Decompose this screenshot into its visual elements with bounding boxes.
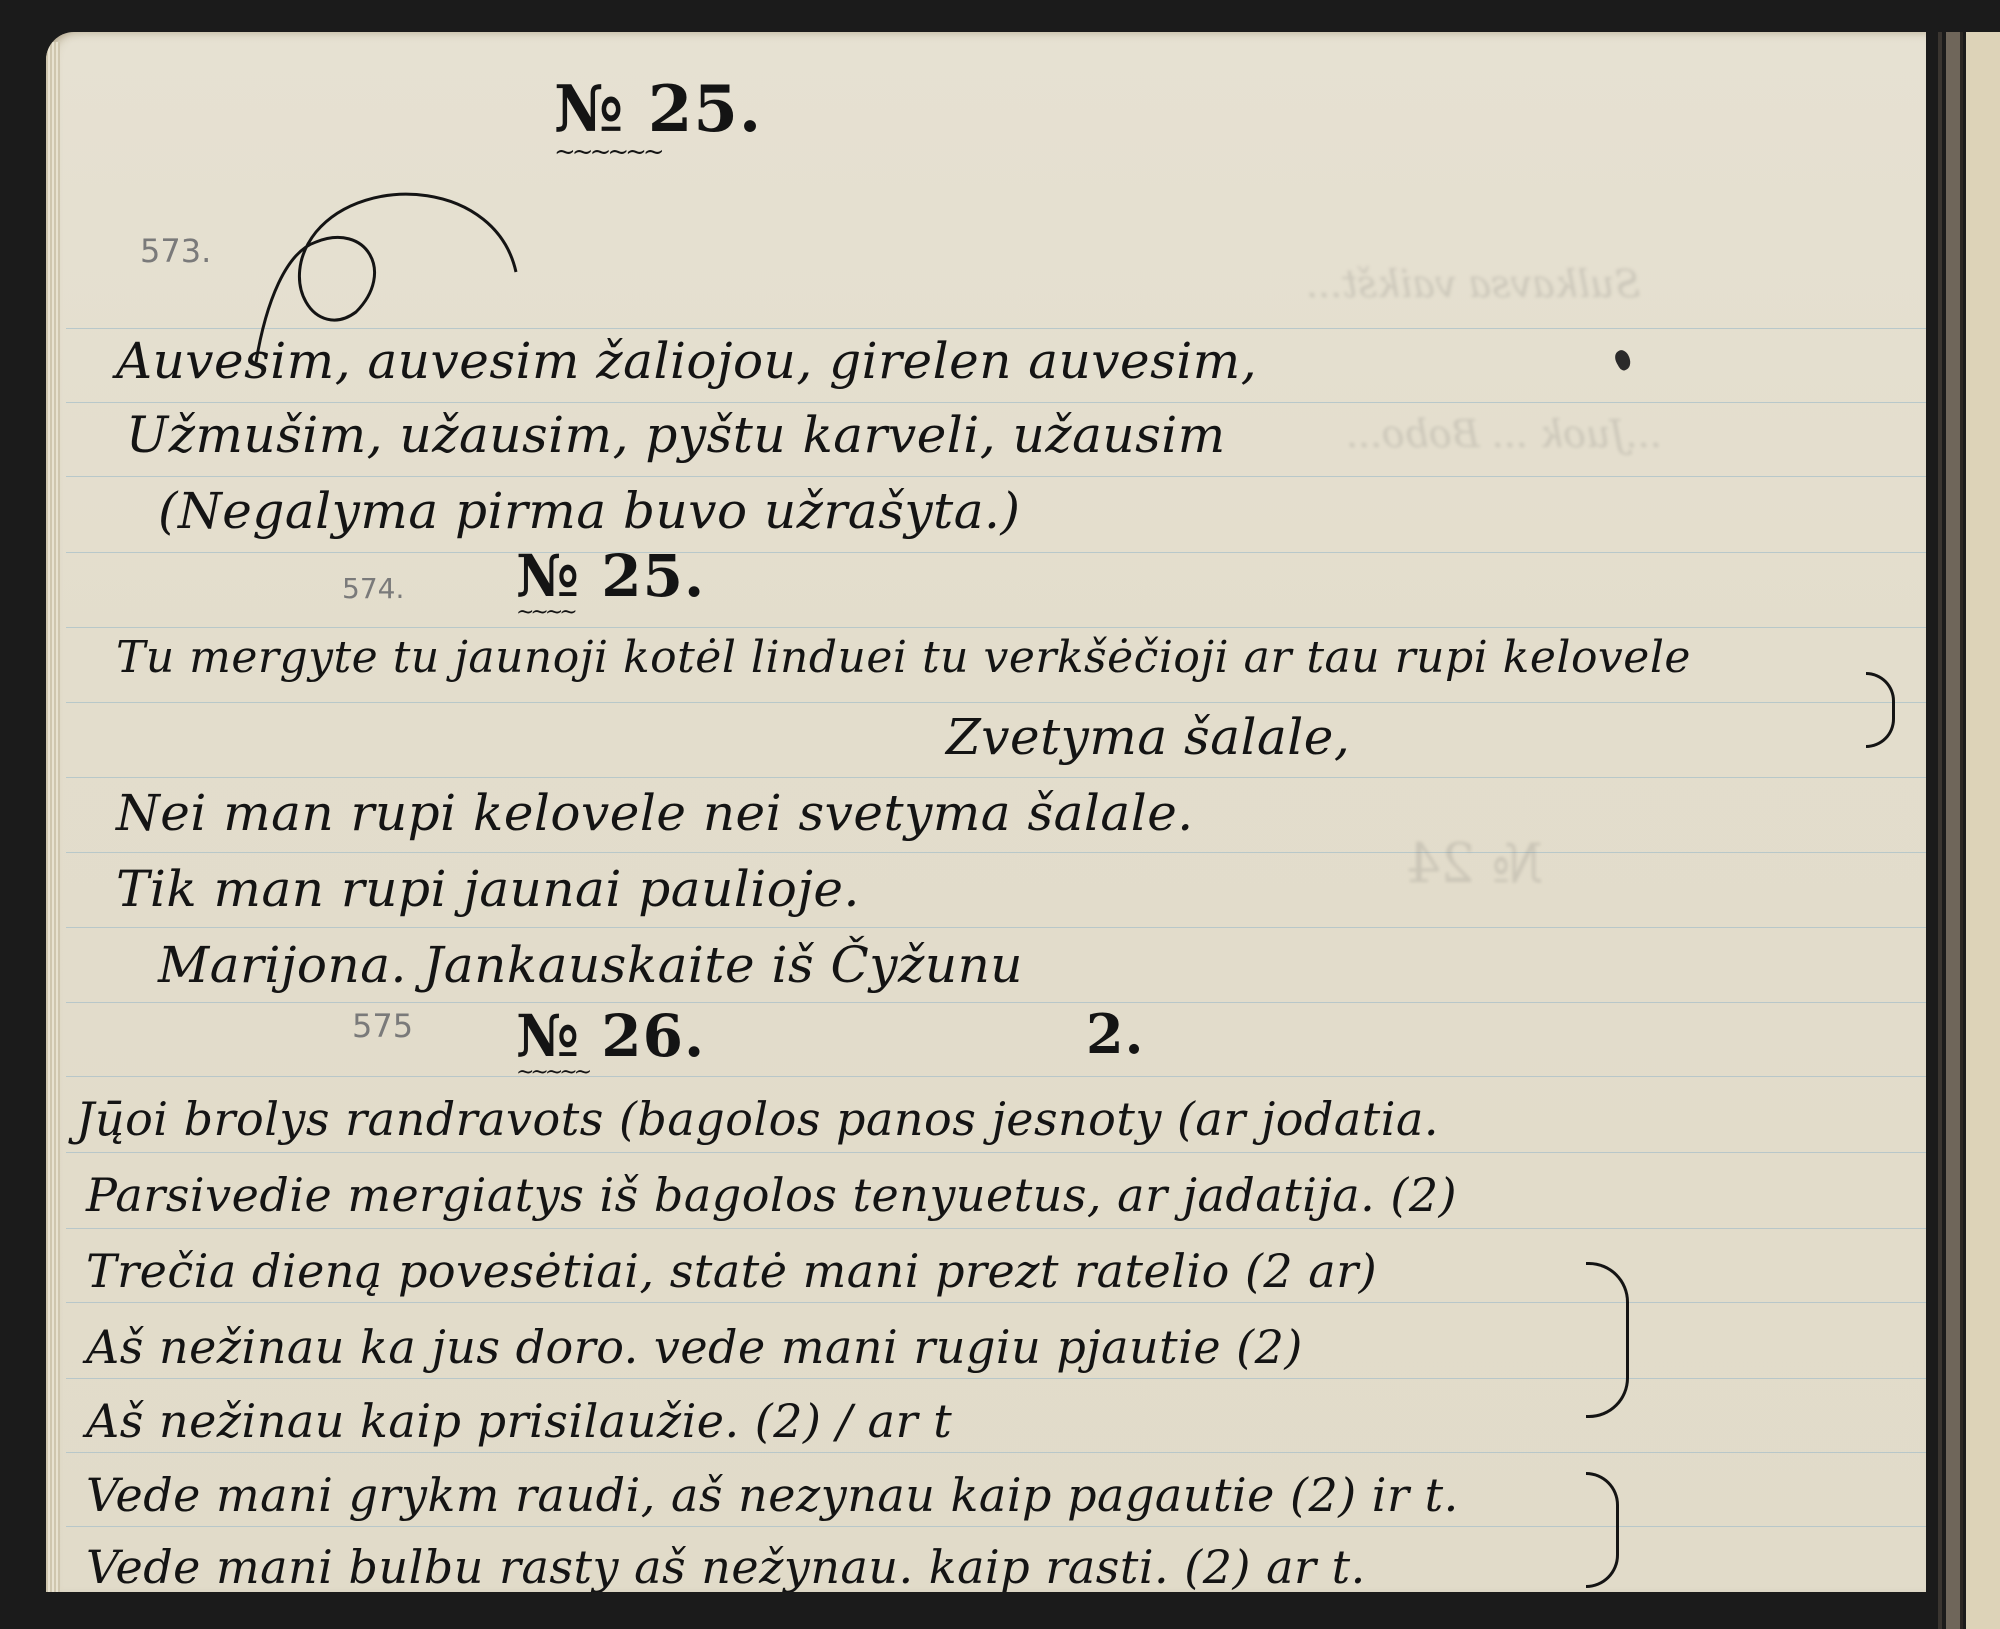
entry-number: 573. [140, 232, 211, 270]
song-line-note: (Negalyma pirma buvo užrašyta.) [158, 482, 1020, 540]
song-line: Nei man rupi kelovele nei svetyma šalale… [116, 784, 1194, 842]
song-line: Jų̄oi brolys randravots (bagolos panos j… [76, 1092, 1439, 1146]
entry-heading: № 25. ~~~~ [516, 542, 705, 625]
top-heading-label: № 25. [554, 72, 762, 147]
bleed-through-text: Sulkavsa vaikšt... [1306, 262, 1640, 306]
song-line: Tu mergyte tu jaunoji kotėl linduei tu v… [116, 632, 1691, 683]
brace-mark [1586, 1472, 1619, 1588]
song-line: Vede mani grykm raudi, aš nezynau kaip p… [86, 1468, 1459, 1522]
song-line: Vede mani bulbu rasty aš nežynau. kaip r… [86, 1540, 1366, 1592]
ink-blot [1612, 348, 1634, 372]
entry-number: 575 [352, 1007, 413, 1045]
song-line: Zvetyma šalale, [946, 708, 1350, 766]
song-line: Užmušim, užausim, pyštu karveli, užausim [126, 406, 1226, 464]
book-spine [1926, 32, 2000, 1629]
informant-line: Marijona. Jankauskaite iš Čyžunu [158, 936, 1023, 994]
top-heading: № 25. ~~~~~~ [554, 72, 762, 167]
song-line: Auvesim, auvesim žaliojou, girelen auves… [116, 332, 1257, 390]
brace-mark [1866, 672, 1895, 748]
entry-heading: № 26. ~~~~~ [516, 1002, 705, 1085]
bleed-through-text: ...Juok ... Bobo... [1346, 412, 1662, 456]
repeat-count: 2. [1086, 1002, 1144, 1066]
song-line: Parsivedie mergiatys iš bagolos tenyuetu… [86, 1168, 1457, 1222]
entry-number: 574. [342, 572, 404, 605]
brace-mark [1586, 1262, 1629, 1418]
bleed-through-heading: № 24 [1406, 832, 1543, 895]
song-line: Trečia dieną povesėtiai, statė mani prez… [86, 1244, 1377, 1298]
manuscript-page: Sulkavsa vaikšt... ...Juok ... Bobo... №… [46, 32, 1926, 1592]
song-line: Aš nežinau ka jus doro. vede mani rugiu … [86, 1320, 1303, 1374]
song-line: Aš nežinau kaip prisilaužie. (2) / ar t [86, 1394, 952, 1448]
song-line: Tik man rupi jaunai paulioje. [116, 860, 860, 918]
